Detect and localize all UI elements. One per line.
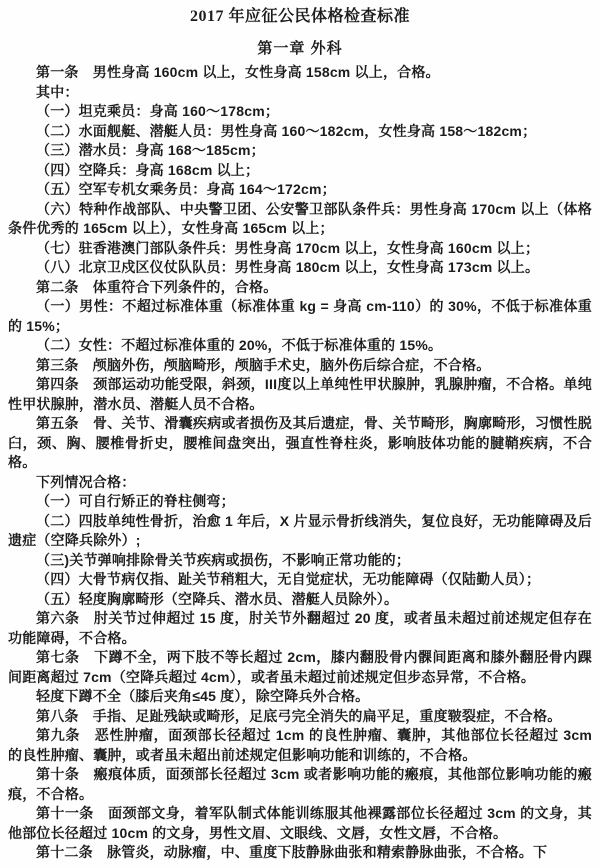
paragraph-item-7: （七）驻香港澳门部队条件兵：男性身高 170cm 以上，女性身高 160cm 以… [8, 239, 592, 259]
paragraph-article-5-item-1: （一）可自行矫正的脊柱侧弯； [8, 492, 592, 512]
document-title: 2017 年应征公民体格检查标准 [8, 7, 592, 27]
paragraph-article-5-item-2: （二）四肢单纯性骨折，治愈 1 年后，X 片显示骨折线消失，复位良好，无功能障碍… [8, 512, 592, 551]
paragraph-article-5: 第五条 骨、关节、滑囊疾病或者损伤及其后遗症，骨、关节畸形，胸廓畸形，习惯性脱臼… [8, 414, 592, 473]
paragraph-article-2: 第二条 体重符合下列条件的，合格。 [8, 278, 592, 298]
paragraph-article-2-item-1: （一）男性：不超过标准体重（标准体重 kg = 身高 cm-110）的 30%，… [8, 297, 592, 336]
paragraph-article-2-item-2: （二）女性：不超过标准体重的 20%，不低于标准体重的 15%。 [8, 336, 592, 356]
paragraph-item-5: （五）空军专机女乘务员：身高 164～172cm； [8, 180, 592, 200]
paragraph-article-4: 第四条 颈部运动功能受限，斜颈，III度以上单纯性甲状腺肿，乳腺肿瘤，不合格。单… [8, 375, 592, 414]
chapter-heading: 第一章 外科 [8, 39, 592, 59]
paragraph-item-1: （一）坦克乘员：身高 160～178cm； [8, 102, 592, 122]
document-page: 2017 年应征公民体格检查标准 第一章 外科 第一条 男性身高 160cm 以… [0, 0, 600, 868]
paragraph-article-8: 第八条 手指、足趾残缺或畸形，足底弓完全消失的扁平足，重度皲裂症，不合格。 [8, 707, 592, 727]
paragraph-item-4: （四）空降兵：身高 168cm 以上； [8, 161, 592, 181]
paragraph-article-5-item-5: （五）轻度胸廓畸形（空降兵、潜水员、潜艇人员除外）。 [8, 590, 592, 610]
paragraph-article-9: 第九条 恶性肿瘤，面颈部长径超过 1cm 的良性肿瘤、囊肿，其他部位长径超过 3… [8, 726, 592, 765]
paragraph-article-7: 第七条 下蹲不全，两下肢不等长超过 2cm，膝内翻股骨内髁间距离和膝外翻胫骨内踝… [8, 648, 592, 687]
paragraph-item-6: （六）特种作战部队、中央警卫团、公安警卫部队条件兵：男性身高 170cm 以上（… [8, 200, 592, 239]
paragraph-qualified-cases: 下列情况合格： [8, 473, 592, 493]
paragraph-item-8: （八）北京卫戍区仪仗队队员：男性身高 180cm 以上，女性身高 173cm 以… [8, 258, 592, 278]
paragraph-article-5-item-3: （三)关节弹响排除骨关节疾病或损伤，不影响正常功能的； [8, 551, 592, 571]
paragraph-article-12: 第十二条 脉管炎，动脉瘤，中、重度下肢静脉曲张和精索静脉曲张，不合格。下 [8, 843, 592, 863]
paragraph-article-1: 第一条 男性身高 160cm 以上，女性身高 158cm 以上，合格。 [8, 63, 592, 83]
paragraph-item-3: （三）潜水员：身高 168～185cm； [8, 141, 592, 161]
paragraph-article-5-item-4: （四）大骨节病仅指、趾关节稍粗大，无自觉症状，无功能障碍（仅陆勤人员）； [8, 570, 592, 590]
paragraph-item-2: （二）水面舰艇、潜艇人员：男性身高 160～182cm，女性身高 158～182… [8, 122, 592, 142]
paragraph-article-11: 第十一条 面颈部文身，着军队制式体能训练服其他裸露部位长径超过 3cm 的文身，… [8, 804, 592, 843]
paragraph-article-3: 第三条 颅脑外伤，颅脑畸形，颅脑手术史，脑外伤后综合症，不合格。 [8, 356, 592, 376]
paragraph-article-6: 第六条 肘关节过伸超过 15 度，肘关节外翻超过 20 度，或者虽未超过前述规定… [8, 609, 592, 648]
paragraph-among-which: 其中： [8, 83, 592, 103]
paragraph-article-10: 第十条 瘢痕体质，面颈部长径超过 3cm 或者影响功能的瘢痕，其他部位影响功能的… [8, 765, 592, 804]
paragraph-article-7-note: 轻度下蹲不全（膝后夹角≤45 度），除空降兵外合格。 [8, 687, 592, 707]
